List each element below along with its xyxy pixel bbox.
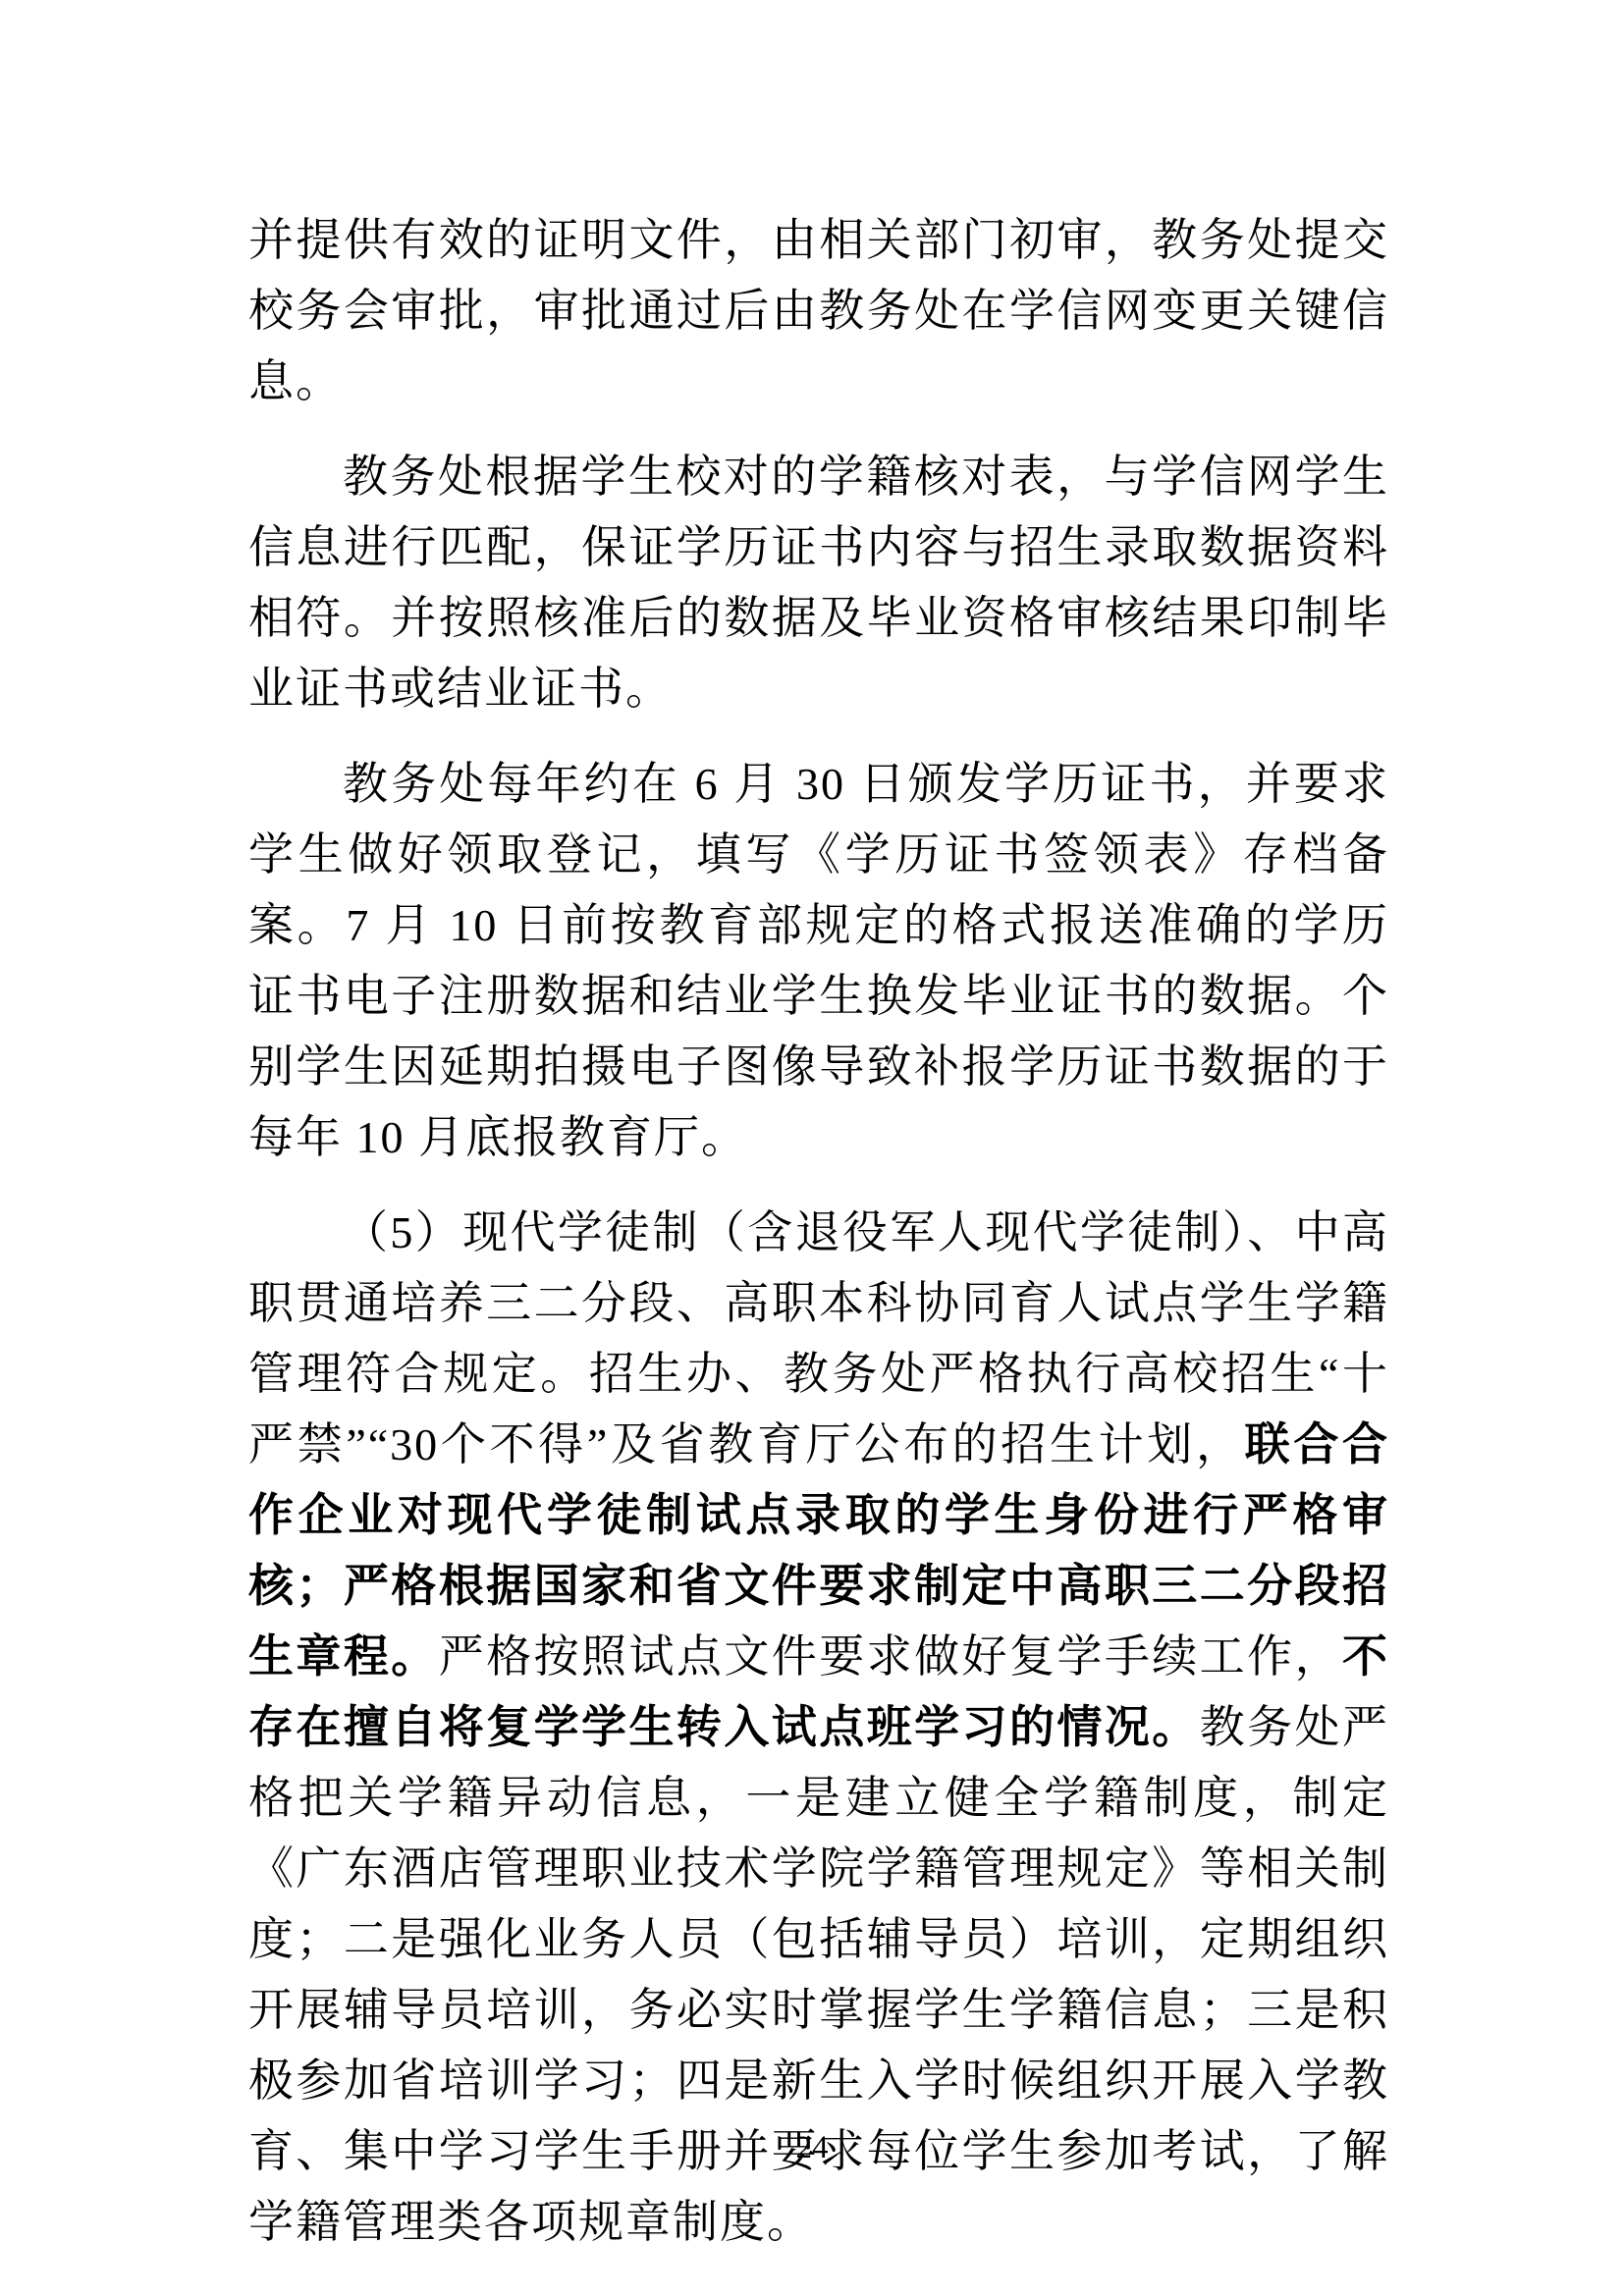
- text-block: 并提供有效的证明文件，由相关部门初审，教务处提交校务会审批，审批通过后由教务处在…: [248, 205, 1389, 2282]
- text-run: 教务处根据学生校对的学籍核对表，与学信网学生信息进行匹配，保证学历证书内容与招生…: [248, 452, 1389, 714]
- page-number: 24: [0, 2128, 1624, 2167]
- text-run: 教务处每年约在 6 月 30 日颁发学历证书，并要求学生做好领取登记，填写《学历…: [248, 759, 1389, 1162]
- text-run: 并提供有效的证明文件，由相关部门初审，教务处提交校务会审批，审批通过后由教务处在…: [248, 215, 1389, 406]
- paragraph-continuation: 并提供有效的证明文件，由相关部门初审，教务处提交校务会审批，审批通过后由教务处在…: [248, 205, 1389, 417]
- paragraph-item-5-apprenticeship: （5）现代学徒制（含退役军人现代学徒制）、中高职贯通培养三二分段、高职本科协同育…: [248, 1198, 1389, 2258]
- paragraph-certificate-issuance: 教务处每年约在 6 月 30 日颁发学历证书，并要求学生做好领取登记，填写《学历…: [248, 749, 1389, 1173]
- document-page: 并提供有效的证明文件，由相关部门初审，教务处提交校务会审批，审批通过后由教务处在…: [0, 0, 1624, 2296]
- text-run: （5）现代学徒制（含退役军人现代学徒制）、中高职贯通培养三二分段、高职本科协同育…: [248, 1207, 1389, 1469]
- paragraph-record-check: 教务处根据学生校对的学籍核对表，与学信网学生信息进行匹配，保证学历证书内容与招生…: [248, 442, 1389, 724]
- text-run: 严格按照试点文件要求做好复学手续工作，: [439, 1631, 1342, 1682]
